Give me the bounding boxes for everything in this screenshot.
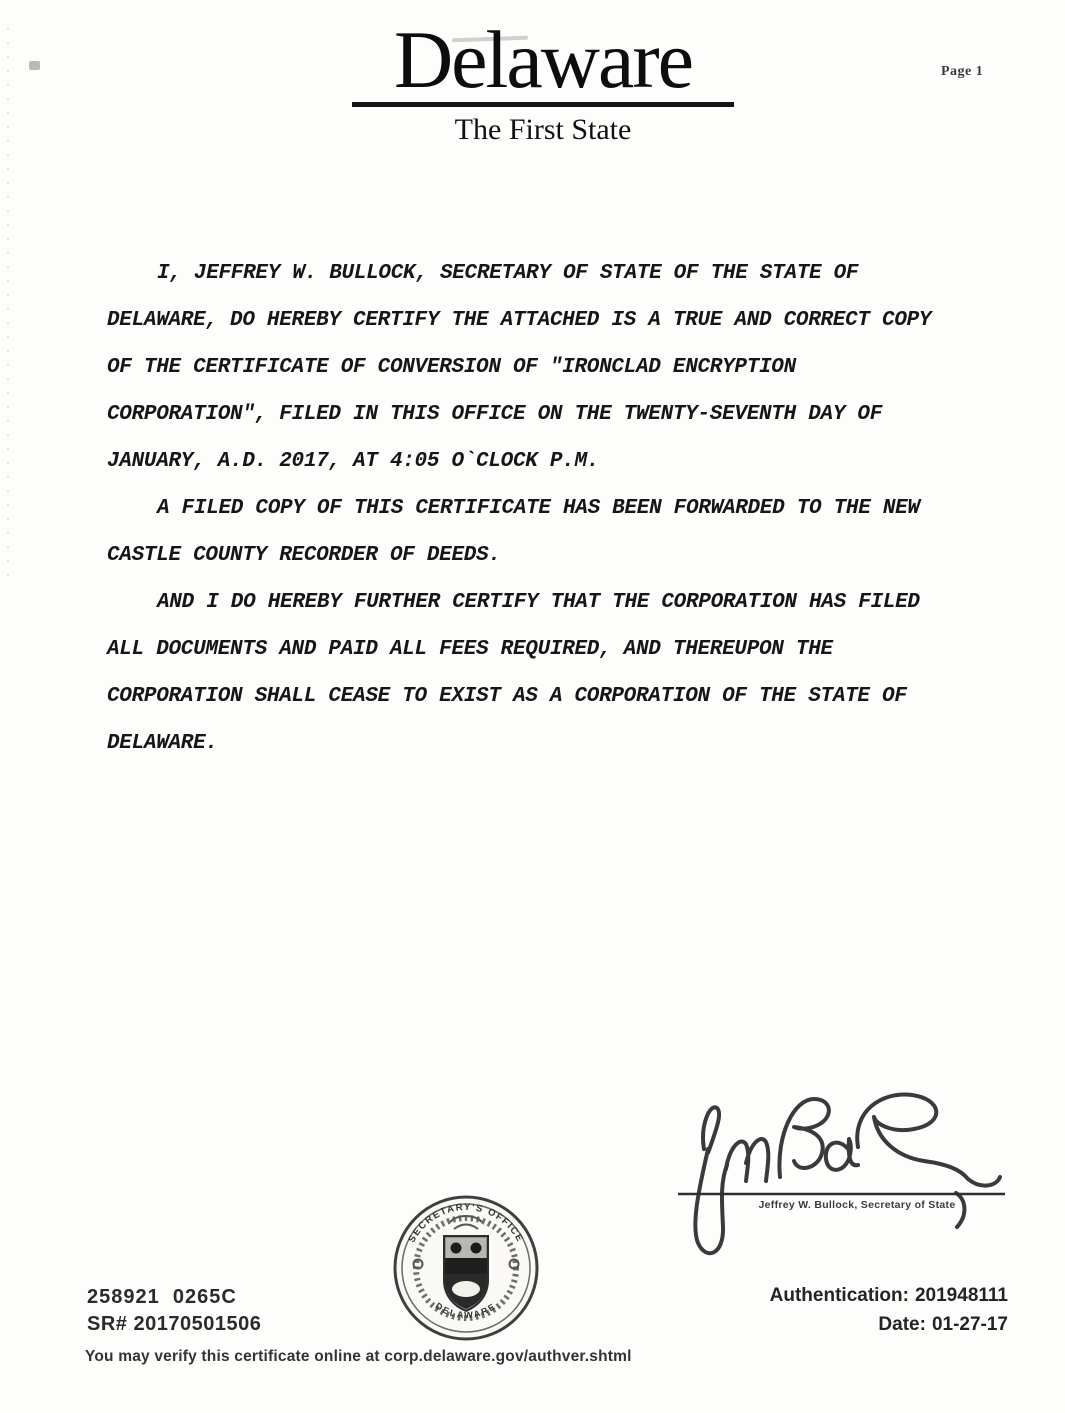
body-line: DELAWARE. — [107, 720, 979, 767]
signature-stroke — [726, 1139, 768, 1181]
scan-noise — [7, 28, 9, 588]
body-line: A FILED COPY OF THIS CERTIFICATE HAS BEE… — [107, 485, 979, 532]
signature-stroke — [703, 1107, 719, 1153]
scan-speck — [29, 61, 40, 70]
certificate-page: Delaware The First State Page 1 I, JEFFR… — [0, 0, 1065, 1413]
state-seal: SECRETARY'S OFFICE DELAWARE — [388, 1192, 544, 1344]
body-line: ALL DOCUMENTS AND PAID ALL FEES REQUIRED… — [107, 626, 979, 673]
page-number-label: Page 1 — [941, 64, 983, 80]
date-value: 01-27-17 — [932, 1310, 1008, 1339]
body-line: CASTLE COUNTY RECORDER OF DEEDS. — [107, 532, 979, 579]
body-line: DELAWARE, DO HEREBY CERTIFY THE ATTACHED… — [107, 297, 979, 344]
filing-number: 258921 0265C — [87, 1286, 237, 1309]
certificate-body: I, JEFFREY W. BULLOCK, SECRETARY OF STAT… — [107, 250, 979, 767]
date-label: Date: — [878, 1310, 926, 1339]
signature-stroke — [695, 1149, 727, 1253]
body-line: JANUARY, A.D. 2017, AT 4:05 O`CLOCK P.M. — [107, 438, 979, 485]
seal-shield-band — [445, 1258, 487, 1274]
signature-stroke — [779, 1099, 828, 1177]
verification-note: You may verify this certificate online a… — [85, 1348, 632, 1366]
seal-ox — [452, 1281, 480, 1297]
signature-stroke — [826, 1139, 858, 1170]
sr-number: SR# 20170501506 — [87, 1313, 261, 1336]
state-subtitle: The First State — [352, 113, 734, 147]
state-title: Delaware — [352, 18, 734, 107]
body-line: I, JEFFREY W. BULLOCK, SECRETARY OF STAT… — [107, 250, 979, 297]
seal-corn — [471, 1243, 482, 1254]
body-line: CORPORATION", FILED IN THIS OFFICE ON TH… — [107, 391, 979, 438]
seal-wheat — [451, 1243, 462, 1254]
secretary-signature — [660, 1085, 1060, 1275]
signature-caption: Jeffrey W. Bullock, Secretary of State — [742, 1199, 972, 1211]
authentication-value: 201948111 — [915, 1281, 1008, 1310]
body-line: OF THE CERTIFICATE OF CONVERSION OF "IRO… — [107, 344, 979, 391]
signature-stroke — [857, 1094, 1000, 1185]
body-line: CORPORATION SHALL CEASE TO EXIST AS A CO… — [107, 673, 979, 720]
body-line: AND I DO HEREBY FURTHER CERTIFY THAT THE… — [107, 579, 979, 626]
authentication-block: Authentication: 201948111 Date: 01-27-17 — [770, 1281, 1008, 1339]
authentication-label: Authentication: — [770, 1281, 909, 1310]
